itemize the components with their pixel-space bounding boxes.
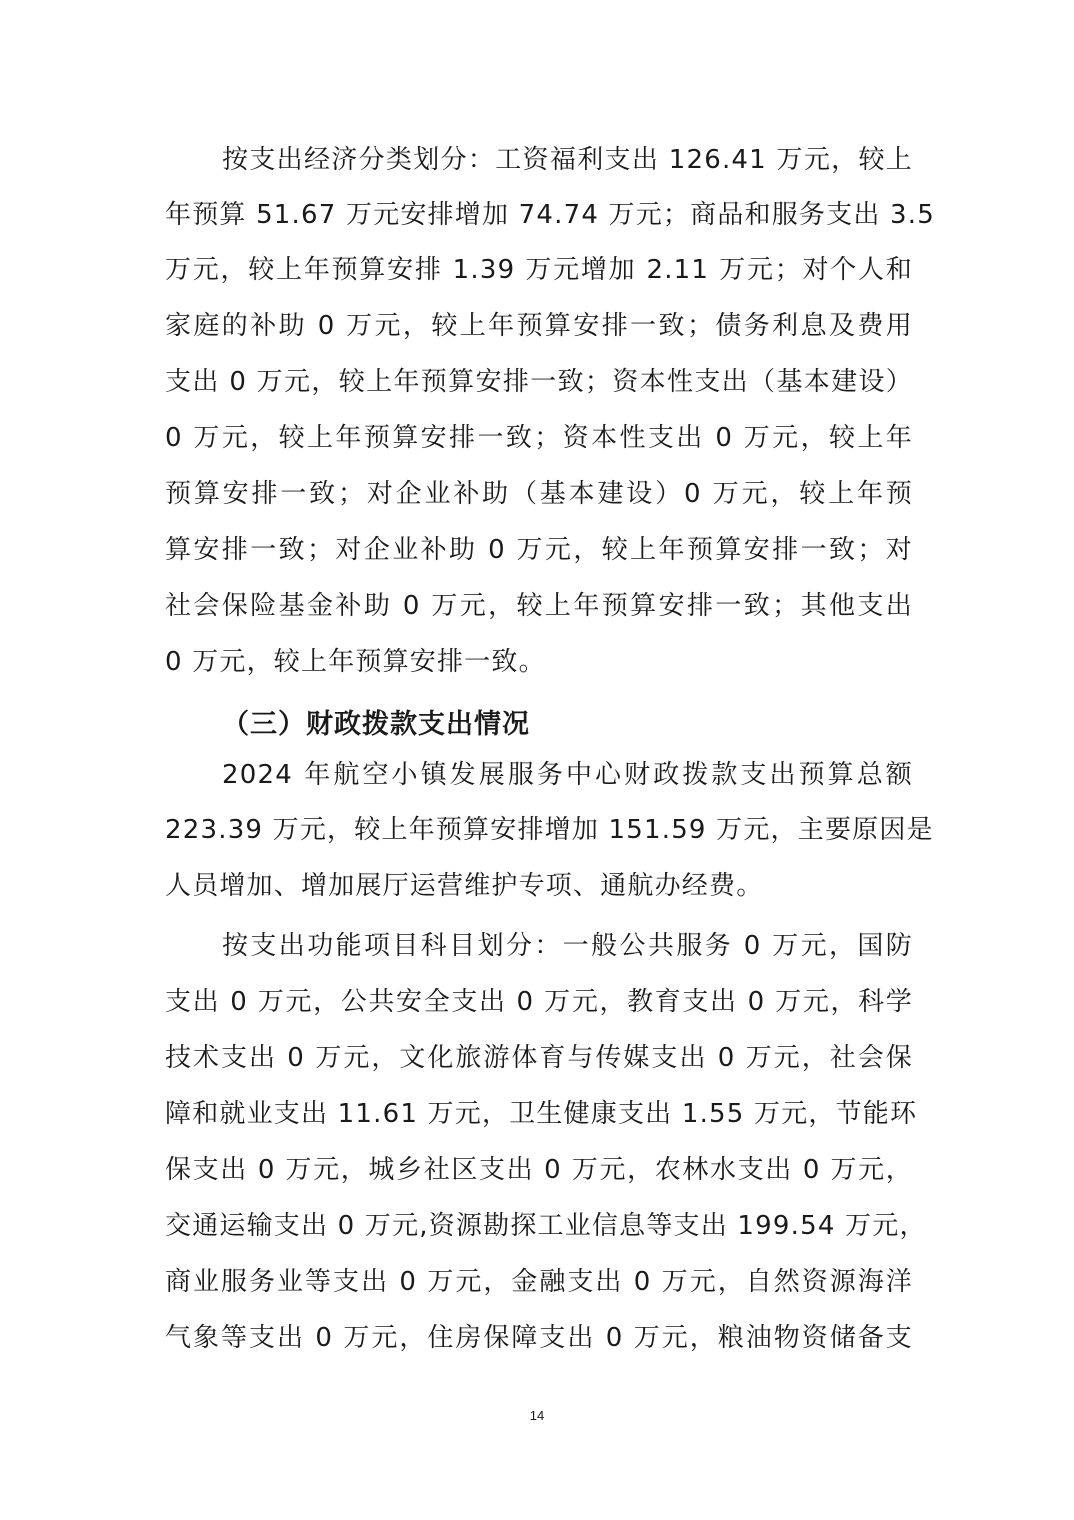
paragraph-line: 按支出经济分类划分：工资福利支出 126.41 万元，较上 [222,140,913,180]
paragraph-line: 预算安排一致；对企业补助（基本建设）0 万元，较上年预 [165,474,913,514]
paragraph-line: 2024 年航空小镇发展服务中心财政拨款支出预算总额 [222,755,913,795]
paragraph-line: 技术支出 0 万元，文化旅游体育与传媒支出 0 万元，社会保 [165,1038,913,1078]
paragraph-line: 算安排一致；对企业补助 0 万元，较上年预算安排一致；对 [165,530,913,570]
paragraph-line: 家庭的补助 0 万元，较上年预算安排一致；债务利息及费用 [165,306,913,346]
paragraph-line: 交通运输支出 0 万元,资源勘探工业信息等支出 199.54 万元， [165,1206,913,1246]
paragraph-line: 223.39 万元，较上年预算安排增加 151.59 万元，主要原因是 [165,810,913,850]
paragraph-line: 人员增加、增加展厅运营维护专项、通航办经费。 [165,866,913,906]
paragraph-line: 年预算 51.67 万元安排增加 74.74 万元；商品和服务支出 3.5 [165,195,913,235]
paragraph-line: 万元，较上年预算安排 1.39 万元增加 2.11 万元；对个人和 [165,250,913,290]
paragraph-line: 0 万元，较上年预算安排一致；资本性支出 0 万元，较上年 [165,418,913,458]
section-heading: （三）财政拨款支出情况 [222,705,530,745]
paragraph-line: 商业服务业等支出 0 万元，金融支出 0 万元，自然资源海洋 [165,1262,913,1302]
paragraph-line: 支出 0 万元，较上年预算安排一致；资本性支出（基本建设） [165,362,913,402]
paragraph-line: 0 万元，较上年预算安排一致。 [165,642,913,682]
document-page: 按支出经济分类划分：工资福利支出 126.41 万元，较上 年预算 51.67 … [0,0,1074,1520]
paragraph-line: 气象等支出 0 万元，住房保障支出 0 万元，粮油物资储备支 [165,1318,913,1358]
paragraph-line: 障和就业支出 11.61 万元，卫生健康支出 1.55 万元，节能环 [165,1094,913,1134]
paragraph-line: 社会保险基金补助 0 万元，较上年预算安排一致；其他支出 [165,586,913,626]
page-number: 14 [0,1408,1074,1423]
paragraph-line: 按支出功能项目科目划分：一般公共服务 0 万元，国防 [222,926,913,966]
paragraph-line: 支出 0 万元，公共安全支出 0 万元，教育支出 0 万元，科学 [165,982,913,1022]
paragraph-line: 保支出 0 万元，城乡社区支出 0 万元，农林水支出 0 万元， [165,1150,913,1190]
